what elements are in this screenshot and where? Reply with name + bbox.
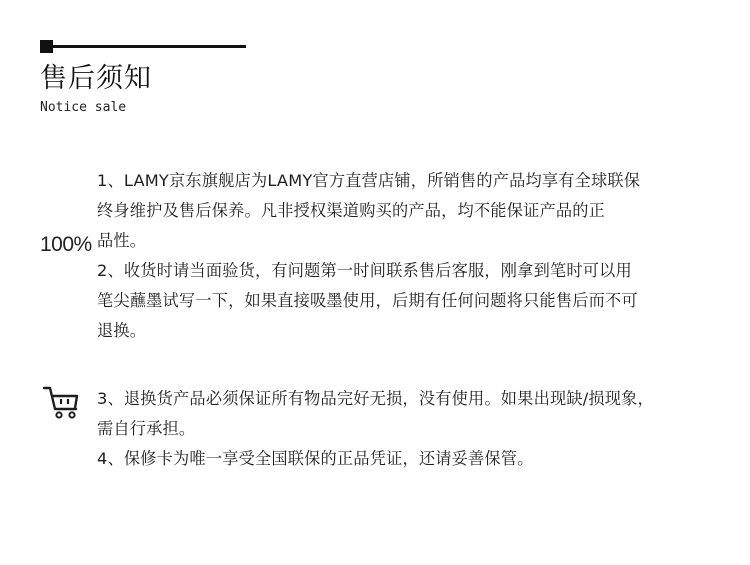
note-line: 需自行承担。	[97, 414, 737, 444]
authenticity-percent-label: 100%	[40, 232, 92, 258]
note-line: 2、收货时请当面验货，有问题第一时间联系售后客服，刚拿到笔时可以用	[97, 256, 737, 286]
after-sale-notes: 1、LAMY京东旗舰店为LAMY官方直营店铺，所销售的产品均享有全球联保 终身维…	[97, 166, 737, 474]
header-decorative-rule	[40, 40, 247, 53]
note-line: 4、保修卡为唯一享受全国联保的正品凭证，还请妥善保管。	[97, 444, 737, 474]
note-item-1: 1、LAMY京东旗舰店为LAMY官方直营店铺，所销售的产品均享有全球联保 终身维…	[97, 166, 737, 256]
note-line: 笔尖蘸墨试写一下，如果直接吸墨使用，后期有任何问题将只能售后而不可	[97, 286, 737, 316]
page-subtitle: Notice sale	[40, 100, 126, 116]
note-line: 品性。	[97, 226, 737, 256]
page-title: 售后须知	[40, 63, 152, 95]
note-line: 3、退换货产品必须保证所有物品完好无损，没有使用。如果出现缺/损现象，	[97, 384, 737, 414]
note-line: 终身维护及售后保养。凡非授权渠道购买的产品，均不能保证产品的正	[97, 196, 737, 226]
note-item-3: 3、退换货产品必须保证所有物品完好无损，没有使用。如果出现缺/损现象， 需自行承…	[97, 384, 737, 444]
note-item-2: 2、收货时请当面验货，有问题第一时间联系售后客服，刚拿到笔时可以用 笔尖蘸墨试写…	[97, 256, 737, 346]
rule-line	[52, 45, 246, 48]
note-line: 退换。	[97, 316, 737, 346]
shopping-cart-icon	[42, 385, 82, 419]
note-line: 1、LAMY京东旗舰店为LAMY官方直营店铺，所销售的产品均享有全球联保	[97, 166, 737, 196]
note-item-4: 4、保修卡为唯一享受全国联保的正品凭证，还请妥善保管。	[97, 444, 737, 474]
